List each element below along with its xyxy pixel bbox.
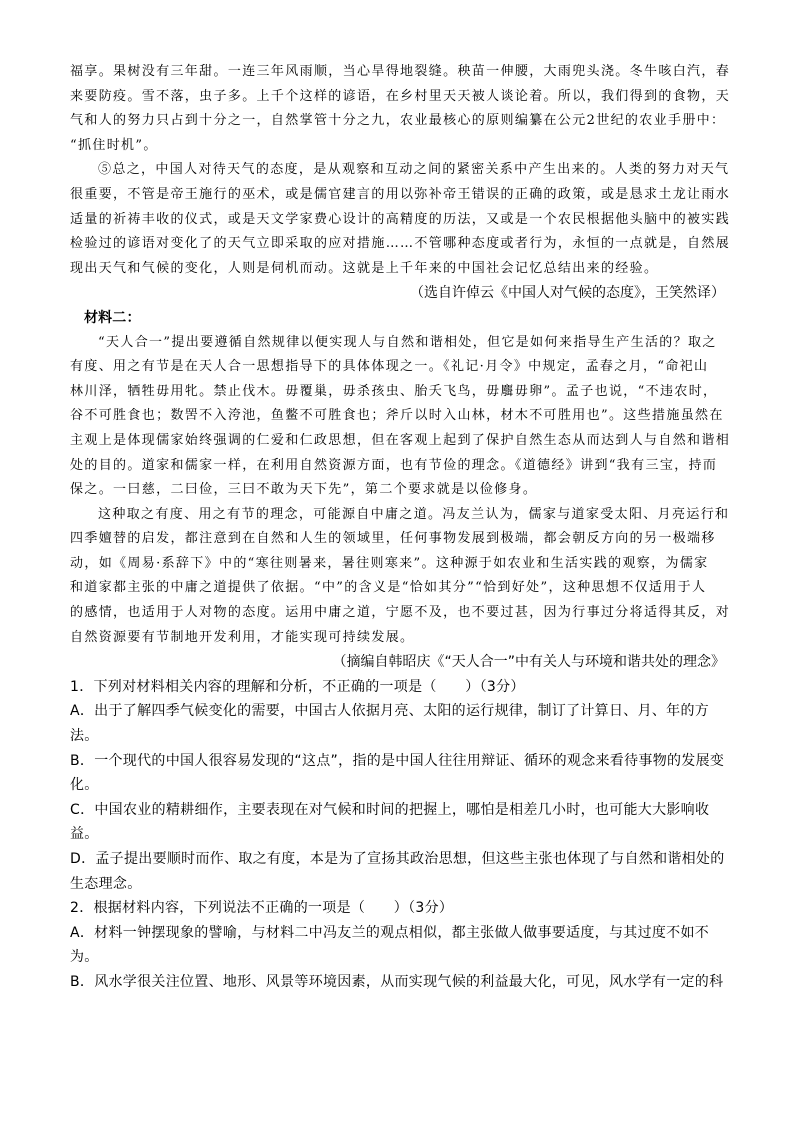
option-line: A．材料一钟摆现象的譬喻，与材料二中冯友兰的观点相似，都主张做人做事要适度，与其… [70,921,725,946]
material-one-source: （选自许倬云《中国人对气候的态度》，王笑然译） [70,281,725,306]
option-a: A．材料一钟摆现象的譬喻，与材料二中冯友兰的观点相似，都主张做人做事要适度，与其… [70,921,725,970]
option-line: D．孟子提出要顺时而作、取之有度，本是为了宣扬其政治思想，但这些主张也体现了与自… [70,847,725,872]
text-line: 保之。一曰慈，二曰俭，三曰不敢为天下先”，第二个要求就是以俭修身。 [70,478,725,503]
text-line: 自然资源要有节制地开发利用，才能实现可持续发展。 [70,626,725,651]
question-stem: 1．下列对材料相关内容的理解和分析，不正确的一项是（ ）（3分） [70,675,725,700]
material-one-paragraph-5: ⑤总之，中国人对待天气的态度，是从观察和互动之间的紧密关系中产生出来的。人类的努… [70,158,725,281]
option-line: 化。 [70,773,725,798]
question-2: 2．根据材料内容，下列说法不正确的一项是（ ）（3分） A．材料一钟摆现象的譬喻… [70,896,725,994]
text-line: 动，如《周易·系辞下》中的“寒往则暑来，暑往则寒来”。这种源于如农业和生活实践的… [70,552,725,577]
text-line: “天人合一”提出要遵循自然规律以便实现人与自然和谐相处，但它是如何来指导生产生活… [70,331,725,356]
material-one-continuation: 福享。果树没有三年甜。一连三年风雨顺，当心旱得地裂缝。秧苗一伸腰，大雨兜头浇。冬… [70,60,725,158]
text-line: 林川泽，牺牲毋用牝。禁止伐木。毋覆巢，毋杀孩虫、胎夭飞鸟，毋麛毋卵”。孟子也说，… [70,380,725,405]
text-line: 主观上是体现儒家始终强调的仁爱和仁政思想，但在客观上起到了保护自然生态从而达到人… [70,429,725,454]
option-b: B．一个现代的中国人很容易发现的“这点”，指的是中国人往往用辩证、循环的观念来看… [70,749,725,798]
text-line: 四季嬗替的启发，都注意到在自然和人生的领域里，任何事物发展到极端，都会朝反方向的… [70,527,725,552]
text-line: “抓住时机”。 [70,134,725,159]
text-line: 处的目的。道家和儒家一样，在利用自然资源方面，也有节俭的理念。《道德经》讲到“我… [70,454,725,479]
material-two-heading: 材料二： [70,306,725,331]
option-line: A．出于了解四季气候变化的需要，中国古人依据月亮、太阳的运行规律，制订了计算日、… [70,699,725,724]
material-two-paragraph-2: 这种取之有度、用之有节的理念，可能源自中庸之道。冯友兰认为，儒家与道家受太阳、月… [70,503,725,651]
document-page: 福享。果树没有三年甜。一连三年风雨顺，当心旱得地裂缝。秧苗一伸腰，大雨兜头浇。冬… [70,60,725,995]
option-b: B．风水学很关注位置、地形、风景等环境因素，从而实现气候的利益最大化，可见，风水… [70,970,725,995]
option-line: B．风水学很关注位置、地形、风景等环境因素，从而实现气候的利益最大化，可见，风水… [70,970,725,995]
option-line: 为。 [70,945,725,970]
text-line: 福享。果树没有三年甜。一连三年风雨顺，当心旱得地裂缝。秧苗一伸腰，大雨兜头浇。冬… [70,60,725,85]
option-line: C．中国农业的精耕细作，主要表现在对气候和时间的把握上，哪怕是相差几小时，也可能… [70,798,725,823]
option-line: 生态理念。 [70,872,725,897]
option-line: 法。 [70,724,725,749]
text-line: 的感情，也适用于人对物的态度。运用中庸之道，宁愿不及，也不要过甚，因为行事过分将… [70,601,725,626]
material-two-paragraph-1: “天人合一”提出要遵循自然规律以便实现人与自然和谐相处，但它是如何来指导生产生活… [70,331,725,503]
text-line: 这种取之有度、用之有节的理念，可能源自中庸之道。冯友兰认为，儒家与道家受太阳、月… [70,503,725,528]
question-stem: 2．根据材料内容，下列说法不正确的一项是（ ）（3分） [70,896,725,921]
text-line: ⑤总之，中国人对待天气的态度，是从观察和互动之间的紧密关系中产生出来的。人类的努… [70,158,725,183]
text-line: 检验过的谚语对变化了的天气立即采取的应对措施……不管哪种态度或者行为，永恒的一点… [70,232,725,257]
material-two-source: （摘编自韩昭庆《“天人合一”中有关人与环境和谐共处的理念》 [70,650,725,675]
text-line: 和道家都主张的中庸之道提供了依据。“中”的含义是“恰如其分”“恰到好处”，这种思… [70,576,725,601]
text-line: 气和人的努力只占到十分之一，自然掌管十分之九，农业最核心的原则编纂在公元2世纪的… [70,109,725,134]
text-line: 适量的祈祷丰收的仪式，或是天文学家费心设计的高精度的历法，又或是一个农民根据他头… [70,208,725,233]
question-1: 1．下列对材料相关内容的理解和分析，不正确的一项是（ ）（3分） A．出于了解四… [70,675,725,896]
option-a: A．出于了解四季气候变化的需要，中国古人依据月亮、太阳的运行规律，制订了计算日、… [70,699,725,748]
text-line: 来要防疫。雪不落，虫子多。上千个这样的谚语，在乡村里天天被人谈论着。所以，我们得… [70,85,725,110]
option-line: B．一个现代的中国人很容易发现的“这点”，指的是中国人往往用辩证、循环的观念来看… [70,749,725,774]
option-d: D．孟子提出要顺时而作、取之有度，本是为了宣扬其政治思想，但这些主张也体现了与自… [70,847,725,896]
text-line: 有度、用之有节是在天人合一思想指导下的具体体现之一。《礼记·月令》中规定，孟春之… [70,355,725,380]
text-line: 很重要，不管是帝王施行的巫术，或是儒官建言的用以弥补帝王错误的正确的政策，或是恳… [70,183,725,208]
option-line: 益。 [70,822,725,847]
text-line: 谷不可胜食也；数罟不入洿池，鱼鳖不可胜食也；斧斤以时入山林，材木不可胜用也”。这… [70,404,725,429]
option-c: C．中国农业的精耕细作，主要表现在对气候和时间的把握上，哪怕是相差几小时，也可能… [70,798,725,847]
text-line: 现出天气和气候的变化，人则是伺机而动。这就是上千年来的中国社会记忆总结出来的经验… [70,257,725,282]
